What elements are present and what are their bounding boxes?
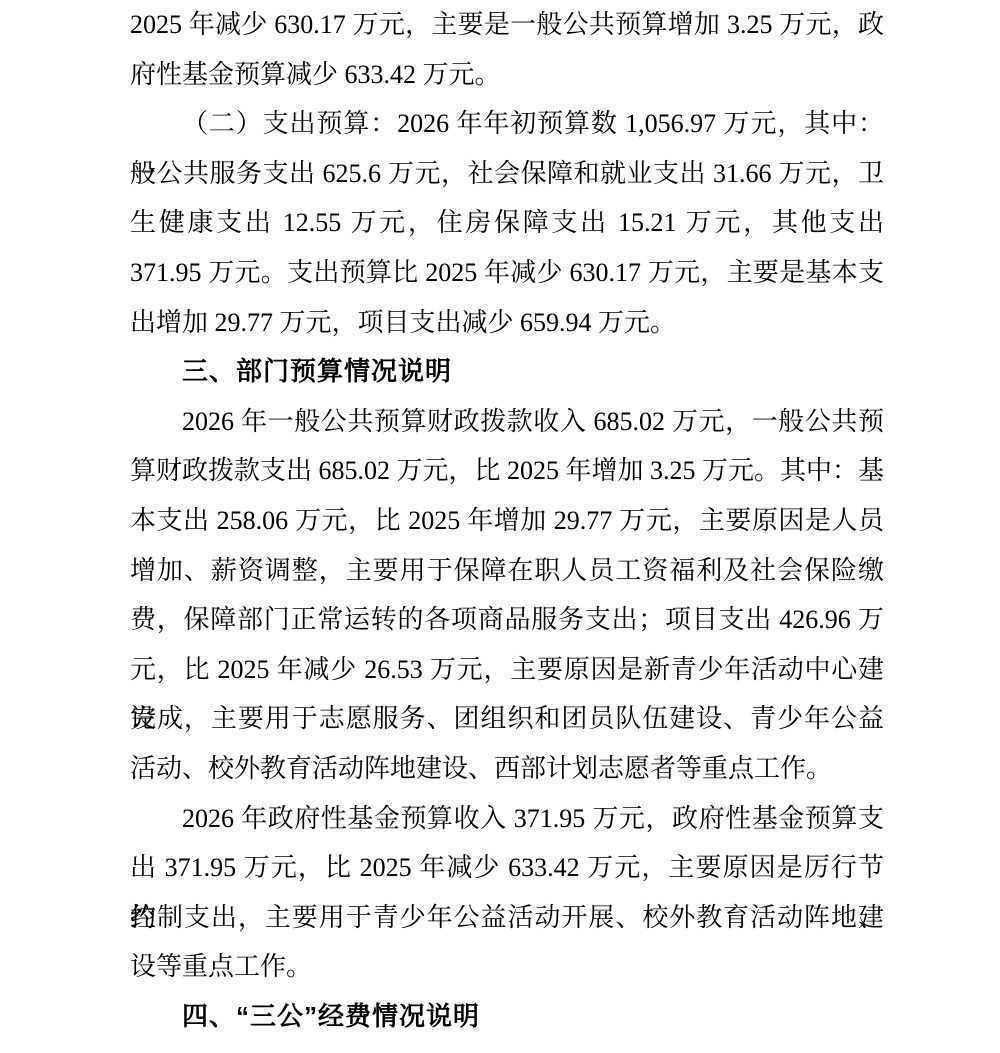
text-line: 2026 年一般公共预算财政拨款收入 685.02 万元，一般公共预 bbox=[130, 397, 884, 447]
text-line: 般公共服务支出 625.6 万元，社会保障和就业支出 31.66 万元，卫 bbox=[130, 149, 884, 199]
document-page: 2025 年减少 630.17 万元，主要是一般公共预算增加 3.25 万元，政… bbox=[0, 0, 1000, 1053]
text-line: 增加、薪资调整，主要用于保障在职人员工资福利及社会保险缴 bbox=[130, 546, 884, 596]
text-line: 元，比 2025 年减少 26.53 万元，主要原因是新青少年活动中心建设 bbox=[130, 645, 884, 695]
section-heading-4: 四、“三公”经费情况说明 bbox=[130, 992, 884, 1042]
text-line: 设等重点工作。 bbox=[130, 942, 884, 992]
text-line: 生健康支出 12.55 万元，住房保障支出 15.21 万元，其他支出 bbox=[130, 198, 884, 248]
text-line: 2026 年政府性基金预算收入 371.95 万元，政府性基金预算支 bbox=[130, 794, 884, 844]
text-line: 出增加 29.77 万元，项目支出减少 659.94 万元。 bbox=[130, 298, 884, 348]
section-heading-3: 三、部门预算情况说明 bbox=[130, 347, 884, 397]
text-line: 2025 年减少 630.17 万元，主要是一般公共预算增加 3.25 万元，政 bbox=[130, 0, 884, 50]
text-line: 算财政拨款支出 685.02 万元，比 2025 年增加 3.25 万元。其中：… bbox=[130, 446, 884, 496]
text-line: 完成，主要用于志愿服务、团组织和团员队伍建设、青少年公益 bbox=[130, 694, 884, 744]
text-line: 本支出 258.06 万元，比 2025 年增加 29.77 万元，主要原因是人… bbox=[130, 496, 884, 546]
text-line: 371.95 万元。支出预算比 2025 年减少 630.17 万元，主要是基本… bbox=[130, 248, 884, 298]
text-line: （二）支出预算：2026 年年初预算数 1,056.97 万元，其中：一 bbox=[130, 99, 884, 149]
text-line: 费，保障部门正常运转的各项商品服务支出；项目支出 426.96 万 bbox=[130, 595, 884, 645]
text-line: 府性基金预算减少 633.42 万元。 bbox=[130, 50, 884, 100]
text-line: 活动、校外教育活动阵地建设、西部计划志愿者等重点工作。 bbox=[130, 744, 884, 794]
text-line: 控制支出，主要用于青少年公益活动开展、校外教育活动阵地建 bbox=[130, 893, 884, 943]
text-line: 出 371.95 万元，比 2025 年减少 633.42 万元，主要原因是厉行… bbox=[130, 843, 884, 893]
